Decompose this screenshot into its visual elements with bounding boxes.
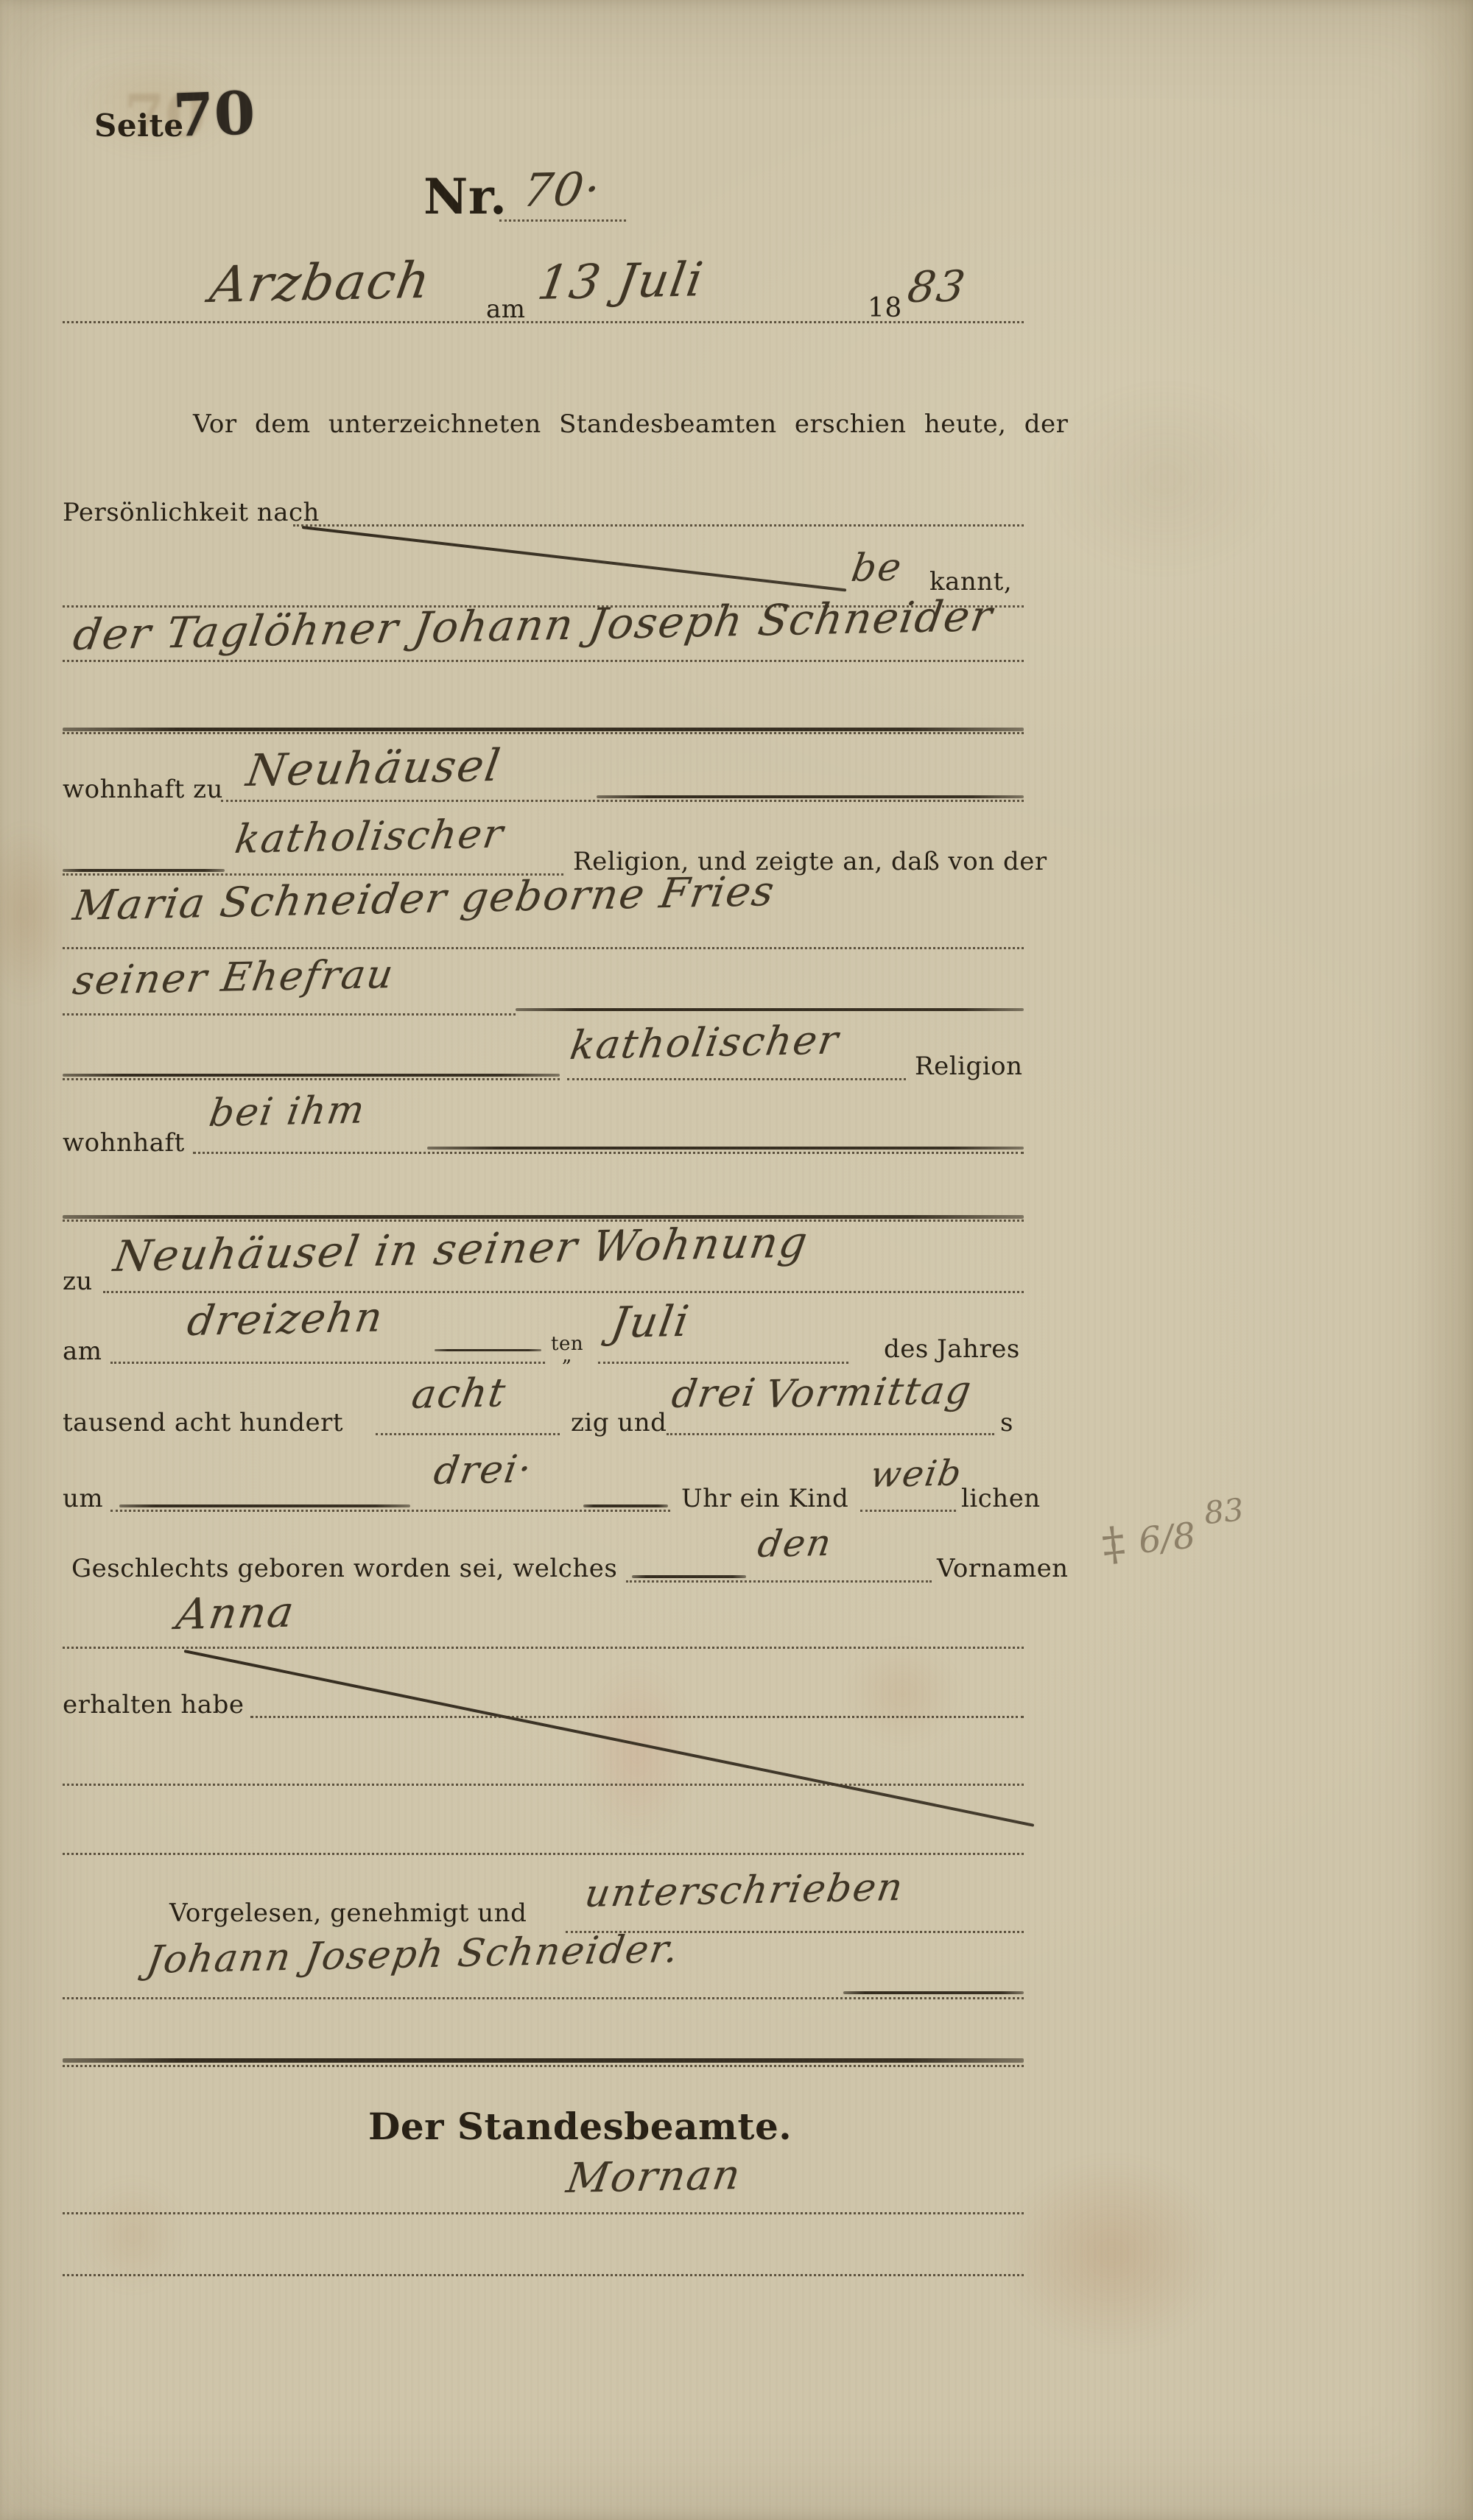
- ten-mark: „: [562, 1345, 572, 1367]
- cross-mark: ‡: [1100, 1516, 1128, 1572]
- record-no-value: 70·: [519, 162, 605, 217]
- date-entry: 13 Juli: [534, 253, 708, 311]
- declarant-signature: Johann Joseph Schneider.: [144, 1927, 683, 1982]
- cross-out-line: [597, 795, 1024, 798]
- cross-out-line: [843, 1991, 1024, 1994]
- cross-out-line: [583, 1504, 668, 1507]
- um-label: um: [63, 1484, 103, 1513]
- cross-out-line: [516, 1008, 1024, 1011]
- zig-und-label: zig und: [571, 1408, 667, 1437]
- residence-entry: Neuhäusel: [243, 740, 505, 797]
- registry-page: 70 Seite 70 Nr. 70· Arzbach am 13 Juli 1…: [0, 0, 1473, 2520]
- birth-month-entry: Juli: [608, 1296, 694, 1348]
- dotted-line: [667, 1430, 994, 1435]
- dotted-line: [63, 2062, 1024, 2067]
- dotted-line: [63, 2271, 1024, 2276]
- religion2-entry: katholischer: [567, 1016, 843, 1069]
- margin-note: ‡ 6/8 83: [1098, 1491, 1248, 1572]
- dotted-line: [63, 1781, 1024, 1786]
- dotted-line: [193, 1149, 1024, 1154]
- dotted-line: [499, 217, 626, 222]
- birth-day-entry: dreizehn: [184, 1293, 387, 1345]
- decade-entry: acht: [409, 1369, 510, 1418]
- daytime-entry: Vormittag: [762, 1368, 975, 1417]
- dotted-line: [63, 1850, 1024, 1855]
- margin-note-year: 83: [1203, 1491, 1245, 1531]
- child-name-entry: Anna: [173, 1587, 298, 1639]
- s-suffix-label: s: [1000, 1408, 1013, 1437]
- dotted-line: [63, 1644, 1024, 1649]
- intro-line: Vor dem unterzeichneten Standesbeamten e…: [193, 409, 1068, 439]
- unterschrieben-entry: unterschrieben: [582, 1865, 907, 1916]
- stain: [1002, 2158, 1223, 2349]
- persoenlichkeit-label: Persönlichkeit nach: [63, 498, 320, 527]
- dotted-line: [626, 1577, 932, 1583]
- article-entry: den: [755, 1521, 835, 1566]
- record-no-label: Nr.: [423, 168, 507, 225]
- declarant-entry: der Taglöhner Johann Joseph Schneider: [70, 591, 996, 660]
- dotted-line: [63, 318, 1024, 323]
- cross-out-line: [63, 1215, 1024, 1219]
- lichen-label: lichen: [961, 1484, 1041, 1513]
- units-entry: drei: [669, 1371, 759, 1417]
- dotted-line: [250, 1713, 1024, 1718]
- cross-out-line: [119, 1504, 410, 1507]
- wohnhaft-entry: bei ihm: [206, 1088, 369, 1136]
- ten-suffix: ten „: [551, 1339, 583, 1362]
- cross-out-line: [632, 1575, 746, 1578]
- dotted-line: [63, 2209, 1024, 2214]
- zu-label: zu: [63, 1267, 93, 1296]
- stain: [1046, 383, 1282, 574]
- dotted-line: [110, 1507, 670, 1512]
- dotted-line: [103, 1288, 1024, 1293]
- wohnhaft-zu-label: wohnhaft zu: [63, 775, 223, 804]
- erhalten-label: erhalten habe: [63, 1690, 244, 1720]
- margin-note-fraction: 6/8: [1136, 1515, 1198, 1562]
- religion2-printed: Religion: [915, 1052, 1022, 1081]
- cross-out-line: [427, 1147, 1024, 1150]
- dotted-line: [110, 1359, 545, 1364]
- am2-label: am: [63, 1337, 102, 1366]
- birth-place-entry: Neuhäusel in seiner Wohnung: [110, 1217, 812, 1281]
- strike-diagonal: [302, 526, 847, 591]
- year-entry: 83: [904, 261, 970, 312]
- strike-diagonal: [184, 1650, 1035, 1827]
- cross-out-line: [63, 1074, 560, 1077]
- registrar-signature: Mornan: [563, 2151, 745, 2203]
- dotted-line: [63, 657, 1024, 662]
- uhr-kind-label: Uhr ein Kind: [681, 1484, 848, 1513]
- bekannt-hand: be: [848, 546, 906, 591]
- hour-entry: drei·: [431, 1447, 535, 1493]
- vorgelesen-label: Vorgelesen, genehmigt und: [169, 1898, 527, 1928]
- stain: [847, 1642, 957, 1745]
- page-number-stamp: 70: [172, 78, 256, 150]
- wohnhaft-label: wohnhaft: [63, 1128, 185, 1158]
- registrar-heading: Der Standesbeamte.: [368, 2105, 792, 2148]
- sex-entry: weib: [868, 1452, 966, 1496]
- religion1-entry: katholischer: [232, 810, 507, 862]
- dotted-line: [293, 521, 1024, 527]
- page-label: Seite: [94, 108, 184, 144]
- stain: [0, 825, 74, 1002]
- flourish-line: [435, 1349, 541, 1351]
- dotted-line: [376, 1430, 560, 1435]
- vornamen-label: Vornamen: [937, 1554, 1069, 1583]
- dotted-line: [567, 1075, 906, 1080]
- place-entry: Arzbach: [206, 252, 435, 314]
- geschlechts-label: Geschlechts geboren worden sei, welches: [71, 1554, 617, 1583]
- dotted-line: [598, 1359, 848, 1364]
- relation-entry: seiner Ehefrau: [70, 951, 398, 1004]
- dotted-line: [860, 1507, 956, 1512]
- dotted-line: [63, 1994, 1024, 1999]
- tausend-label: tausend acht hundert: [63, 1408, 343, 1437]
- des-jahres-label: des Jahres: [884, 1334, 1020, 1364]
- dotted-line: [63, 1010, 516, 1016]
- mother-entry: Maria Schneider geborne Fries: [70, 867, 778, 930]
- dotted-line: [63, 944, 1024, 949]
- cross-out-line: [63, 728, 1024, 731]
